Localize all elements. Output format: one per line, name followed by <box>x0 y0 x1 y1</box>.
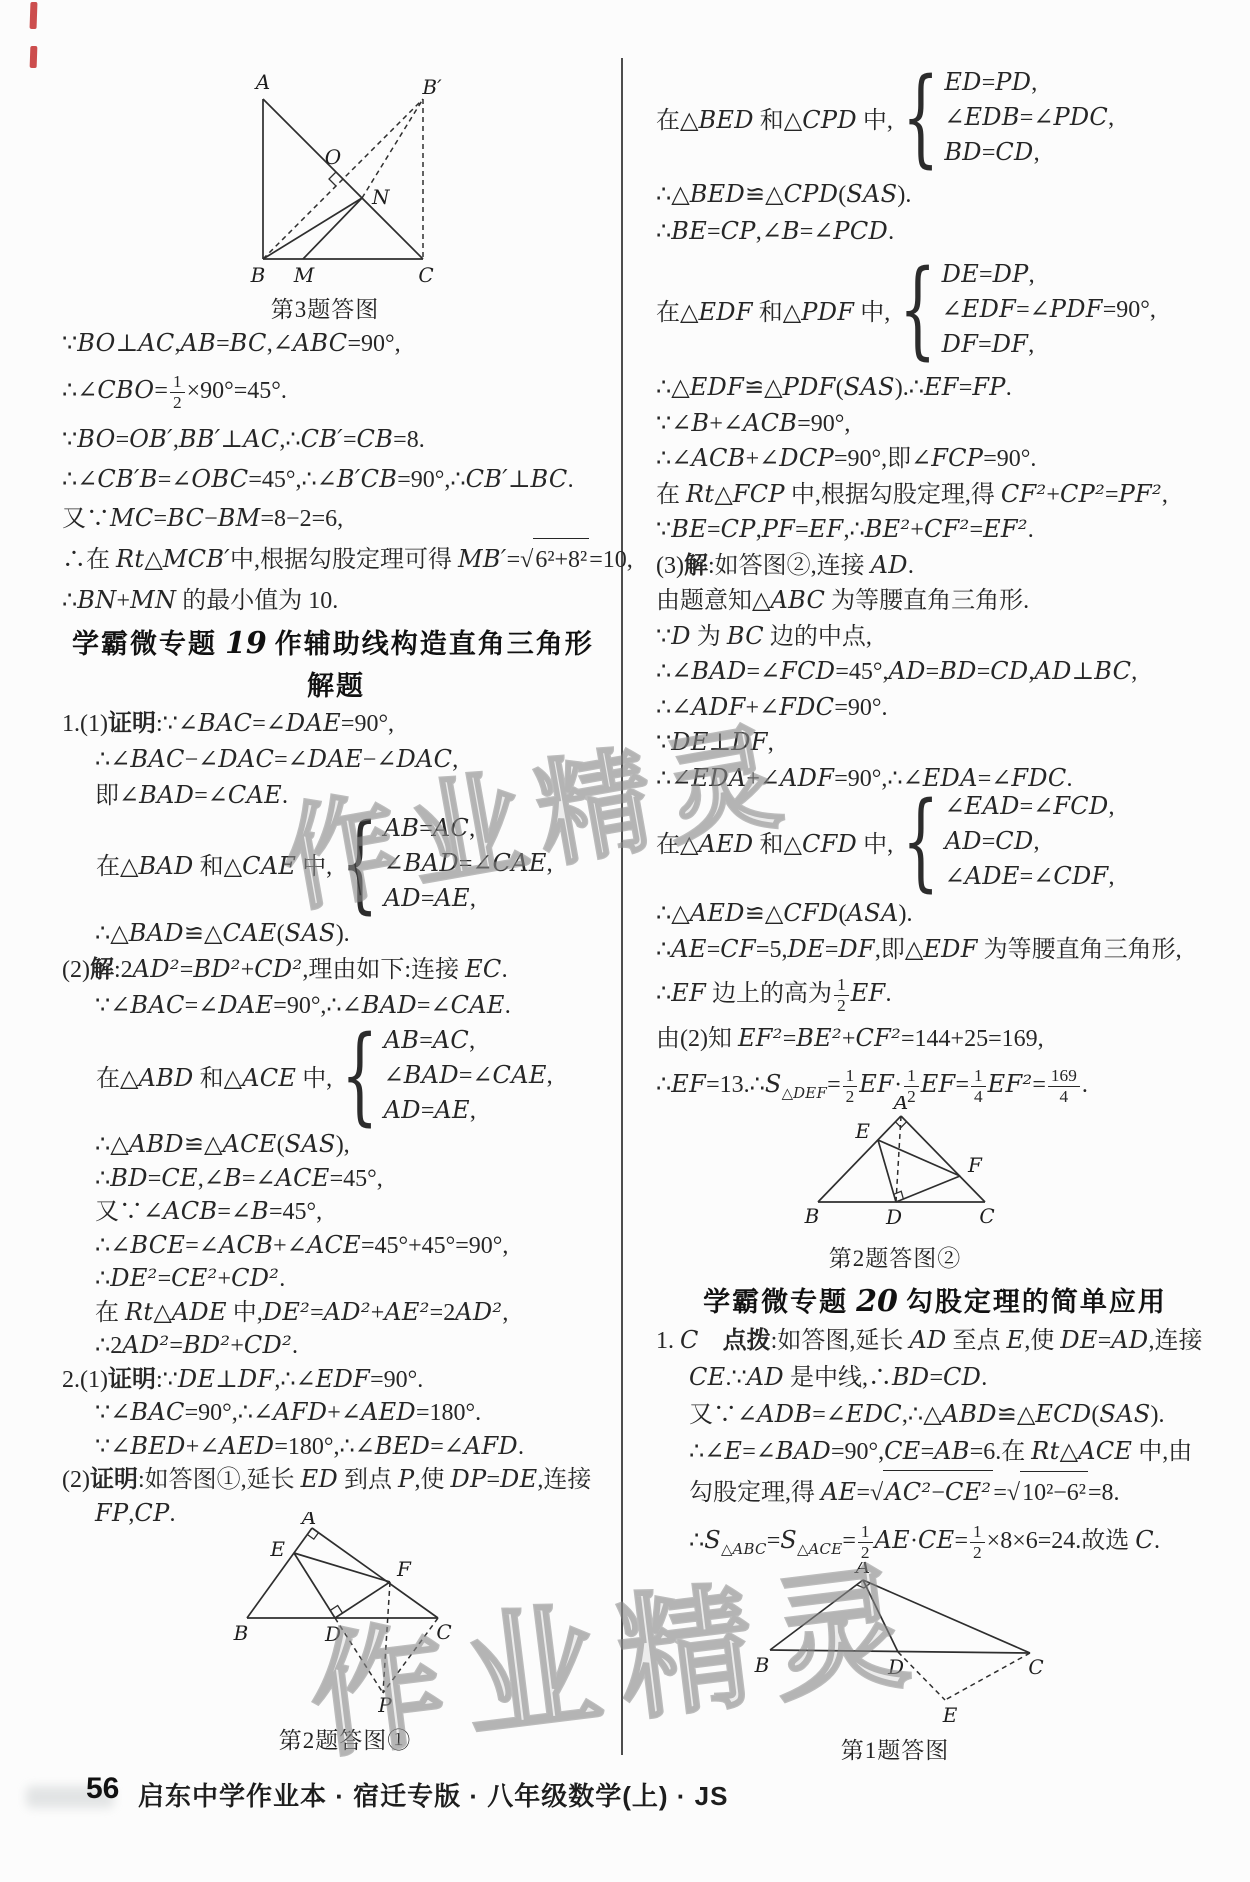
text-line: 2.(1)证明:∵DE⊥DF,∴∠EDF=90°. <box>62 1363 614 1397</box>
condition-line: AD=AE, <box>384 1093 553 1128</box>
vertex-label-B: B <box>250 263 266 287</box>
text-line: ∵D 为 BC 边的中点, <box>656 619 1216 655</box>
condition-line: ∠EAD=∠FCD, <box>945 789 1115 824</box>
text-line: ∴△BED≌△CPD(SAS). <box>656 176 1216 213</box>
left-brace: { <box>899 256 936 362</box>
text-line: ∴AE=CF=5,DE=DF,即△EDF 为等腰直角三角形, <box>656 932 1216 968</box>
text-line: ∴△BAD≌△CAE(SAS). <box>62 916 614 952</box>
text-line: 在 Rt△ADE 中,DE²=AD²+AE²=2AD², <box>62 1296 614 1330</box>
condition-line: AB=AC, <box>384 1023 553 1058</box>
text-line: ∵∠BED+∠AED=180°,∴∠BED=∠AFD. <box>62 1430 614 1464</box>
vertex-label-F: F <box>396 1557 412 1581</box>
text-line: ∵BO=OB′,BB′⊥AC,∴CB′=CB=8. <box>62 419 614 460</box>
topic-number: 19 <box>217 626 275 661</box>
topic-title: 勾股定理的简单应用 <box>906 1287 1167 1317</box>
vertex-label-B: B <box>754 1653 770 1677</box>
text-line: ∵∠B+∠ACB=90°, <box>656 406 1216 442</box>
text-line: 1. C 点拨:如答图,延长 AD 至点 E,使 DE=AD,连接 <box>656 1322 1216 1359</box>
figure-caption: 第2题答图① <box>160 1722 530 1755</box>
vertex-label-P: P <box>377 1693 392 1717</box>
condition-line: DE=DP, <box>942 257 1156 292</box>
text-line: ∴∠ACB+∠DCP=90°,即∠FCP=90°. <box>656 441 1216 477</box>
figure-caption: 第3题答图 <box>180 291 470 324</box>
vertex-label-B: B <box>804 1204 820 1228</box>
text-line: ∴△AED≌△CFD(ASA). <box>656 896 1216 932</box>
condition-line: ED=PD, <box>944 65 1114 100</box>
topic-20-header: 学霸微专题20勾股定理的简单应用 <box>650 1280 1220 1319</box>
text-line: ∴∠BAD=∠FCD=45°,AD=BD=CD,AD⊥BC, <box>656 654 1216 690</box>
solution-block-2-3: ∴△AED≌△CFD(ASA). ∴AE=CF=5,DE=DF,即△EDF 为等… <box>656 896 1216 1120</box>
vertex-label-C: C <box>418 263 433 287</box>
solution-block-2-2: ∴△BED≌△CPD(SAS). ∴BE=CP,∠B=∠PCD. <box>656 176 1216 250</box>
text-line: ∵∠BAC=∠DAE=90°,∴∠BAD=∠CAE. <box>62 988 614 1024</box>
text-line: 由(2)知 EF²=BE²+CF²=144+25=169, <box>656 1019 1216 1058</box>
text-line: ∴∠CBO=12×90°=45°. <box>62 362 614 419</box>
text-line: ∴BN+MN 的最小值为 10. <box>62 581 614 620</box>
text-line: ∴DE²=CE²+CD². <box>62 1262 614 1296</box>
left-brace: { <box>341 810 378 916</box>
text-line: ∴∠BCE=∠ACB+∠ACE=45°+45°=90°, <box>62 1229 614 1263</box>
brace-label: 在△BAD 和△CAE 中, <box>96 846 332 881</box>
left-brace: { <box>341 1022 378 1128</box>
vertex-label-E: E <box>942 1703 958 1727</box>
text-line: 由题意知△ABC 为等腰直角三角形. <box>656 583 1216 619</box>
right-angle-mark <box>895 1122 906 1128</box>
solution-block-t20-1: 1. C 点拨:如答图,延长 AD 至点 E,使 DE=AD,连接 CE.∵AD… <box>656 1322 1216 1576</box>
text-line: ∴BD=CE,∠B=∠ACE=45°, <box>62 1162 614 1196</box>
text-line: ∴EF 边上的高为12EF. <box>656 968 1216 1019</box>
topic-badge: 学霸微专题 <box>72 629 217 659</box>
vertex-label-E: E <box>269 1537 285 1561</box>
text-line: ∴∠CB′B=∠OBC=45°,∴∠B′CB=90°,∴CB′⊥BC. <box>62 460 614 499</box>
condition-line: AD=CD, <box>945 824 1115 859</box>
topic-title: 作辅助线构造直角三角形 <box>275 629 594 659</box>
text-line: ∴∠E=∠BAD=90°,CE=AB=6.在 Rt△ACE 中,由 <box>656 1433 1216 1470</box>
brace-label: 在△AED 和△CFD 中, <box>656 824 893 859</box>
text-line: (2)解:2AD²=BD²+CD²,理由如下:连接 EC. <box>62 952 614 988</box>
text-line: 在 Rt△FCP 中,根据勾股定理,得 CF²+CP²=PF², <box>656 477 1216 513</box>
left-brace: { <box>902 64 939 170</box>
condition-line: ∠BAD=∠CAE, <box>384 846 553 881</box>
figure-caption: 第2题答图② <box>765 1240 1025 1273</box>
vertex-label-B: B <box>233 1621 249 1645</box>
figure-caption: 第1题答图 <box>740 1732 1050 1765</box>
text-line: ∵BE=CP,PF=EF,∴BE²+CF²=EF². <box>656 512 1216 548</box>
condition-line: AB=AC, <box>384 811 553 846</box>
vertex-label-A: A <box>300 1512 316 1529</box>
brace-label: 在△ABD 和△ACE 中, <box>96 1058 332 1093</box>
vertex-label-F: F <box>967 1153 983 1177</box>
vertex-label-E: E <box>854 1119 870 1143</box>
condition-brace-group: 在△BED 和△CPD 中, { ED=PD, ∠EDB=∠PDC, BD=CD… <box>656 64 1114 170</box>
topic-number: 20 <box>848 1284 906 1319</box>
solution-block-2-2b: ∴△EDF≌△PDF(SAS).∴EF=FP. ∵∠B+∠ACB=90°, ∴∠… <box>656 370 1216 796</box>
vertex-label-A: A <box>254 70 270 94</box>
vertex-label-A: A <box>892 1096 908 1114</box>
textbook-answer-page: { "footer": {"page": "56", "text": "启东中学… <box>0 0 1250 1882</box>
text-line: 即∠BAD=∠CAE. <box>62 778 614 814</box>
vertex-label-B-prime: B′ <box>421 75 442 99</box>
solution-block-1-1: 1.(1)证明:∵∠BAC=∠DAE=90°, ∴∠BAC−∠DAC=∠DAE−… <box>62 706 614 814</box>
vertex-label-O: O <box>325 145 341 169</box>
text-line: ∵BO⊥AC,AB=BC,∠ABC=90°, <box>62 326 614 362</box>
condition-line: ∠BAD=∠CAE, <box>384 1058 553 1093</box>
text-line: ∴在 Rt△MCB′中,根据勾股定理可得 MB′=√6²+8²=10, <box>62 538 614 581</box>
condition-brace-group: 在△BAD 和△CAE 中, { AB=AC, ∠BAD=∠CAE, AD=AE… <box>96 810 553 916</box>
text-line: ∴△ABD≌△ACE(SAS), <box>62 1128 614 1162</box>
right-angle-mark <box>329 172 336 186</box>
vertex-label-C: C <box>1028 1655 1043 1679</box>
figure-answer-2-2: A E F B D C <box>780 1096 1010 1228</box>
solution-block-1-2: ∴△BAD≌△CAE(SAS). (2)解:2AD²=BD²+CD²,理由如下:… <box>62 916 614 1024</box>
text-line: (2)证明:如答图①,延长 ED 到点 P,使 DP=DE,连接 <box>62 1463 614 1497</box>
text-line: ∴△EDF≌△PDF(SAS).∴EF=FP. <box>656 370 1216 406</box>
solution-block-1-2b: ∴△ABD≌△ACE(SAS), ∴BD=CE,∠B=∠ACE=45°, 又∵∠… <box>62 1128 614 1530</box>
text-line: ∴BE=CP,∠B=∠PCD. <box>656 213 1216 250</box>
vertex-label-C: C <box>979 1204 994 1228</box>
vertex-label-D: D <box>885 1205 902 1228</box>
text-line: ∴2AD²=BD²+CD². <box>62 1329 614 1363</box>
vertex-label-D: D <box>324 1622 341 1646</box>
vertex-label-D: D <box>887 1655 904 1679</box>
figure-answer-2-1: A E F B D C P <box>225 1512 470 1717</box>
column-divider <box>621 58 623 1755</box>
text-line: ∴∠ADF+∠FDC=90°. <box>656 690 1216 726</box>
topic-19-header: 学霸微专题19作辅助线构造直角三角形 <box>72 622 594 661</box>
brace-label: 在△EDF 和△PDF 中, <box>656 292 890 327</box>
condition-line: BD=CD, <box>944 135 1114 170</box>
figure-answer-1: A B D C E <box>740 1562 1050 1727</box>
vertex-label-M: M <box>293 263 315 287</box>
solution-block-problem3: ∵BO⊥AC,AB=BC,∠ABC=90°, ∴∠CBO=12×90°=45°.… <box>62 326 614 620</box>
topic-19-header-line2: 解题 <box>60 664 612 703</box>
vertex-label-C: C <box>436 1620 451 1644</box>
left-brace: { <box>902 788 939 894</box>
vertex-label-A: A <box>854 1562 870 1578</box>
footer-page-number: 56 <box>86 1772 119 1806</box>
condition-line: ∠EDB=∠PDC, <box>944 100 1114 135</box>
vertex-label-N: N <box>371 185 391 209</box>
text-line: ∴∠BAC−∠DAC=∠DAE−∠DAC, <box>62 742 614 778</box>
text-line: (3)解:如答图②,连接 AD. <box>656 548 1216 584</box>
text-line: 勾股定理,得 AE=√AC²−CE²=√10²−6²=8. <box>656 1470 1216 1514</box>
condition-brace-group: 在△ABD 和△ACE 中, { AB=AC, ∠BAD=∠CAE, AD=AE… <box>96 1022 553 1128</box>
text-line: 又∵MC=BC−BM=8−2=6, <box>62 499 614 538</box>
condition-brace-group: 在△EDF 和△PDF 中, { DE=DP, ∠EDF=∠PDF=90°, D… <box>656 256 1156 362</box>
text-line: CE.∵AD 是中线,∴BD=CD. <box>656 1359 1216 1396</box>
text-line: ∵DE⊥DF, <box>656 725 1216 761</box>
text-line: 又∵∠ACB=∠B=45°, <box>62 1195 614 1229</box>
registration-mark <box>30 2 38 29</box>
footer-text: 启东中学作业本 · 宿迁专版 · 八年级数学(上) · JS <box>138 1776 728 1813</box>
condition-line: ∠ADE=∠CDF, <box>945 859 1115 894</box>
text-line: 1.(1)证明:∵∠BAC=∠DAE=90°, <box>62 706 614 742</box>
condition-brace-group: 在△AED 和△CFD 中, { ∠EAD=∠FCD, AD=CD, ∠ADE=… <box>656 788 1115 894</box>
condition-line: DF=DF, <box>942 327 1156 362</box>
text-line: 又∵∠ADB=∠EDC,∴△ABD≌△ECD(SAS). <box>656 1396 1216 1433</box>
text-line: ∵∠BAC=90°,∴∠AFD+∠AED=180°. <box>62 1396 614 1430</box>
condition-line: AD=AE, <box>384 881 553 916</box>
registration-mark <box>30 46 38 68</box>
topic-badge: 学霸微专题 <box>703 1287 848 1317</box>
brace-label: 在△BED 和△CPD 中, <box>656 100 893 135</box>
condition-line: ∠EDF=∠PDF=90°, <box>942 292 1156 327</box>
figure-answer-3: A B′ O N B M C <box>180 56 470 291</box>
